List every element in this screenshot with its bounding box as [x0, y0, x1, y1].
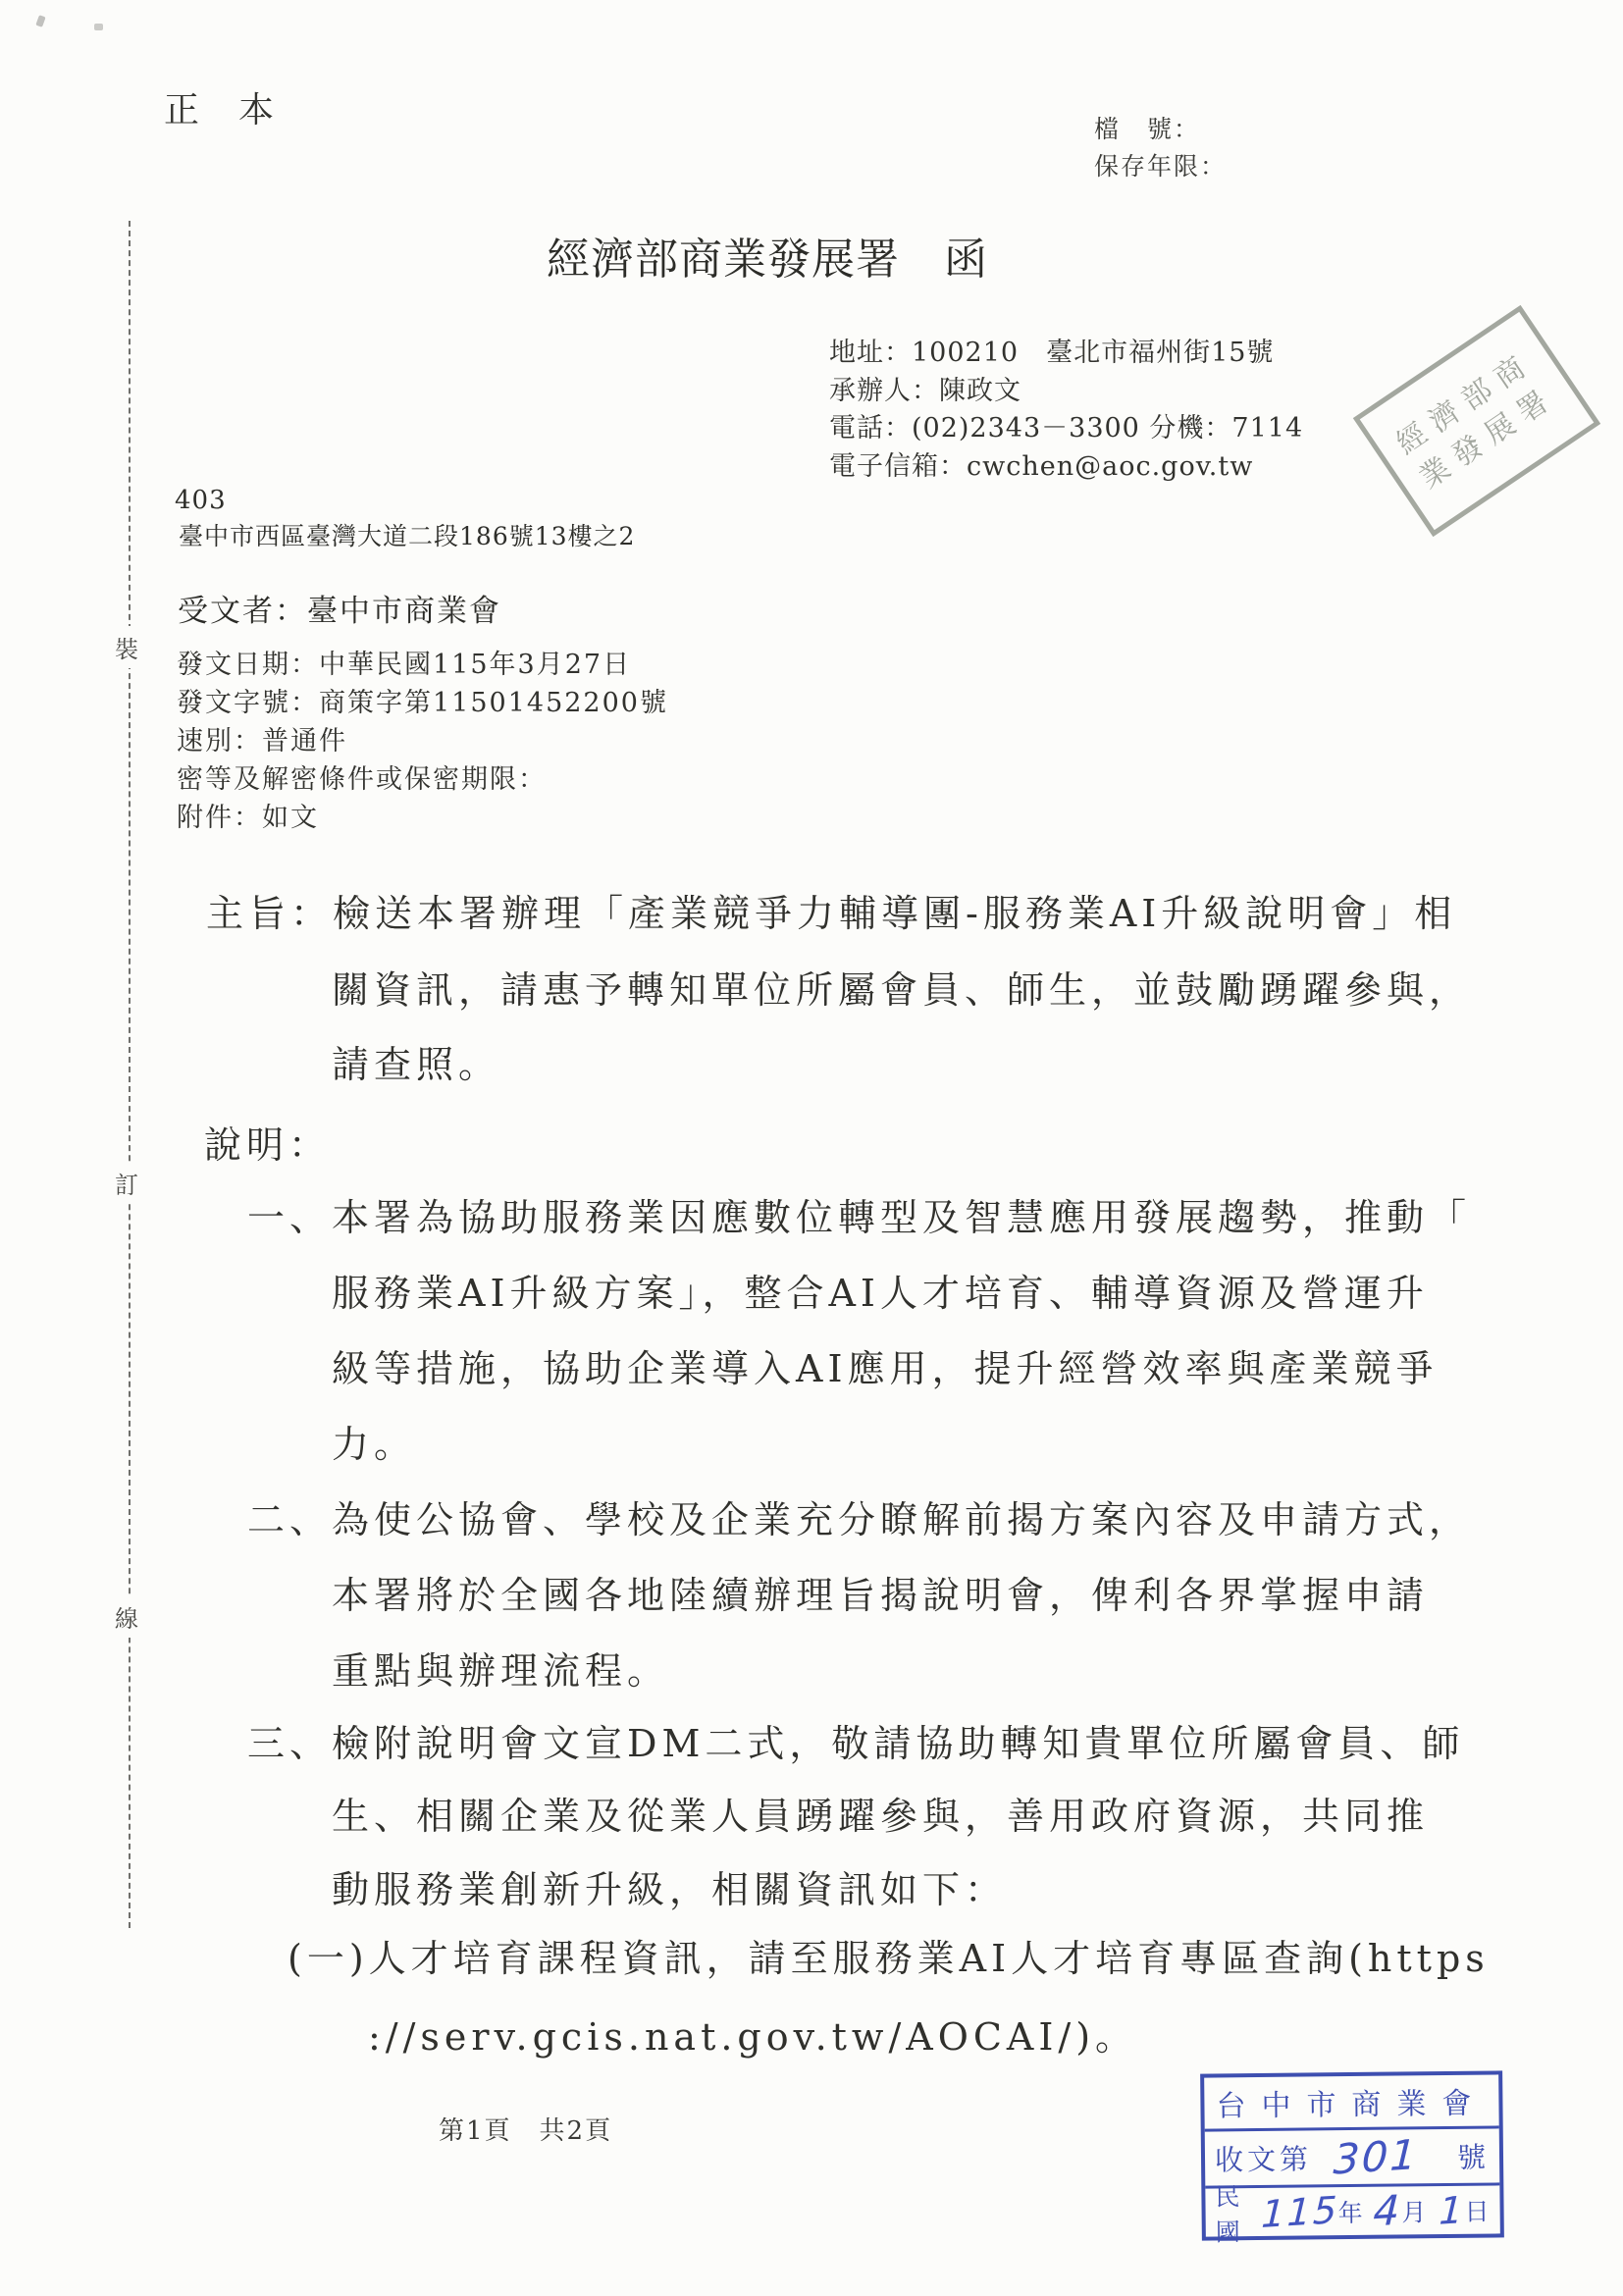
item2-line-3: 重點與辦理流程。 — [332, 1650, 669, 1694]
item2-line-1: 二、為使公協會、學校及企業充分瞭解前揭方案內容及申請方式， — [247, 1499, 1471, 1542]
received-stamp-year-unit: 年 — [1337, 2193, 1363, 2228]
received-stamp-era-label: 民國 — [1215, 2176, 1259, 2247]
item3-line-3: 動服務業創新升級，相關資訊如下： — [332, 1869, 1007, 1912]
retention-label: 保存年限： — [1094, 153, 1227, 182]
meta-secrecy: 密等及解密條件或保密期限： — [177, 764, 547, 795]
copy-type-label: 正 本 — [164, 90, 276, 130]
meta-number: 發文字號：商策字第11501452200號 — [177, 688, 668, 718]
received-stamp-number-prefix: 收文第 — [1215, 2137, 1312, 2178]
subject-line-2: 關資訊，請惠予轉知單位所屬會員、師生，並鼓勵踴躍參與， — [332, 969, 1471, 1013]
received-stamp-year-handwritten: 115 — [1260, 2188, 1339, 2236]
item2-line-2: 本署將於全國各地陸續辦理旨揭說明會，俾利各界掌握申請 — [332, 1575, 1429, 1618]
scan-speck — [35, 15, 45, 27]
meta-attachment: 附件：如文 — [177, 803, 319, 833]
item1-line-1: 一、本署為協助服務業因應數位轉型及智慧應用發展趨勢，推動「 — [247, 1197, 1471, 1240]
item1-line-3: 級等措施，協助企業導入AI應用，提升經營效率與產業競爭 — [332, 1348, 1438, 1391]
received-stamp-month-unit: 月 — [1401, 2193, 1427, 2228]
subject-line-1: 主旨：檢送本署辦理「產業競爭力輔導團-服務業AI升級說明會」相 — [206, 893, 1456, 936]
sender-email: 電子信箱：cwchen@aoc.gov.tw — [829, 451, 1253, 482]
recipient-street: 臺中市西區臺灣大道二段186號13樓之2 — [179, 523, 635, 551]
binding-mark-zhuang: 裝 — [107, 626, 146, 668]
page-number-footer: 第1頁 共2頁 — [439, 2117, 612, 2147]
agency-seal-stamp: 經濟部商 業發展署 — [1353, 305, 1600, 537]
sender-contact: 承辦人：陳政文 — [829, 376, 1021, 406]
sender-address: 地址：100210 臺北市福州街15號 — [829, 338, 1274, 368]
binding-dashed-line — [129, 221, 131, 1928]
scanned-official-letter-page: { "doc": { "copy_label": "正 本", "header_… — [0, 0, 1623, 2296]
received-stamp: 台中市商業會 收文第 301 號 民國 115 年 4 月 1 日 — [1200, 2070, 1504, 2240]
subject-line-3: 請查照。 — [332, 1044, 500, 1087]
explanation-label: 說明： — [204, 1124, 331, 1168]
item1-line-4: 力。 — [332, 1424, 416, 1467]
file-number-label: 檔 號： — [1094, 116, 1200, 144]
recipient-zip: 403 — [175, 487, 227, 516]
sender-phone: 電話：(02)2343－3300 分機：7114 — [829, 413, 1303, 444]
received-stamp-number-handwritten: 301 — [1333, 2130, 1420, 2183]
binding-mark-ding: 訂 — [107, 1162, 146, 1204]
received-stamp-day-unit: 日 — [1464, 2192, 1490, 2227]
binding-mark-xian: 線 — [107, 1595, 146, 1638]
received-stamp-day-handwritten: 1 — [1438, 2188, 1465, 2233]
item3-line-1: 三、檢附說明會文宣DM二式，敬請協助轉知貴單位所屬會員、師 — [247, 1723, 1464, 1766]
scan-speck — [94, 24, 103, 30]
subitem1-line-1: (一)人才培育課程資訊，請至服務業AI人才培育專區查詢(https — [288, 1938, 1490, 1981]
received-stamp-number-suffix: 號 — [1457, 2136, 1490, 2176]
subitem1-line-2: ://serv.gcis.nat.gov.tw/AOCAI/)。 — [368, 2016, 1137, 2060]
received-stamp-month-handwritten: 4 — [1373, 2186, 1403, 2236]
item1-line-2: 服務業AI升級方案」，整合AI人才培育、輔導資源及營運升 — [332, 1273, 1429, 1316]
item3-line-2: 生、相關企業及從業人員踴躍參與，善用政府資源，共同推 — [332, 1796, 1429, 1839]
received-stamp-date-row: 民國 115 年 4 月 1 日 — [1205, 2182, 1500, 2236]
meta-speed: 速別：普通件 — [177, 726, 347, 757]
recipient-line: 受文者：臺中市商業會 — [178, 595, 501, 630]
document-title: 經濟部商業發展署 函 — [547, 235, 988, 286]
received-stamp-org: 台中市商業會 — [1204, 2074, 1499, 2128]
meta-date: 發文日期：中華民國115年3月27日 — [177, 650, 631, 680]
